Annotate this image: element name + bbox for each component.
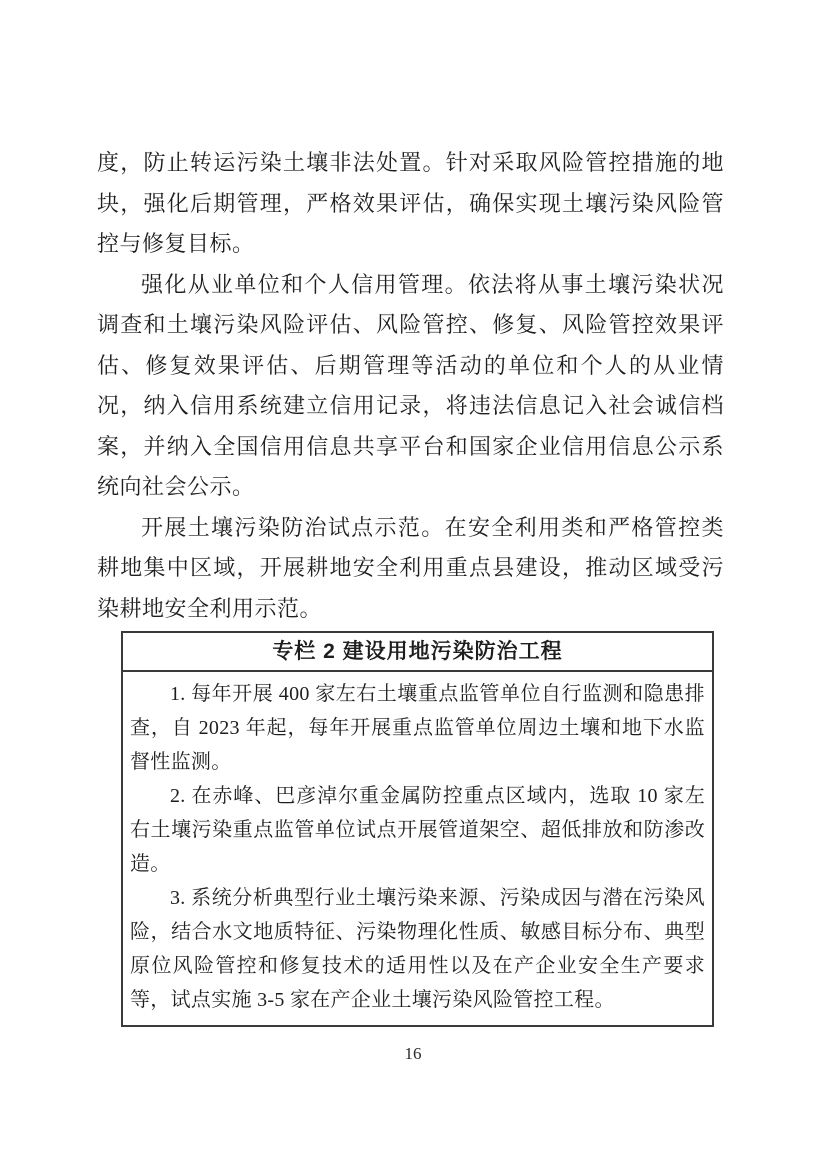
body-paragraph-3: 开展土壤污染防治试点示范。在安全利用类和严格管控类耕地集中区域，开展耕地安全利用… (97, 508, 724, 630)
panel-column-2: 专栏 2 建设用地污染防治工程 1. 每年开展 400 家左右土壤重点监管单位自… (121, 631, 714, 1027)
page-number: 16 (0, 1044, 826, 1064)
panel-title: 专栏 2 建设用地污染防治工程 (123, 633, 712, 672)
panel-item-1: 1. 每年开展 400 家左右土壤重点监管单位自行监测和隐患排查，自 2023 … (130, 677, 705, 779)
panel-body: 1. 每年开展 400 家左右土壤重点监管单位自行监测和隐患排查，自 2023 … (123, 672, 712, 1025)
panel-item-2: 2. 在赤峰、巴彦淖尔重金属防控重点区域内，选取 10 家左右土壤污染重点监管单… (130, 779, 705, 881)
body-text-block: 度，防止转运污染土壤非法处置。针对采取风险管控措施的地块，强化后期管理，严格效果… (97, 143, 724, 1027)
document-page: 度，防止转运污染土壤非法处置。针对采取风险管控措施的地块，强化后期管理，严格效果… (0, 0, 826, 1169)
body-paragraph-1: 度，防止转运污染土壤非法处置。针对采取风险管控措施的地块，强化后期管理，严格效果… (97, 143, 724, 265)
body-paragraph-2: 强化从业单位和个人信用管理。依法将从事土壤污染状况调查和土壤污染风险评估、风险管… (97, 265, 724, 508)
panel-item-3: 3. 系统分析典型行业土壤污染来源、污染成因与潜在污染风险，结合水文地质特征、污… (130, 881, 705, 1017)
